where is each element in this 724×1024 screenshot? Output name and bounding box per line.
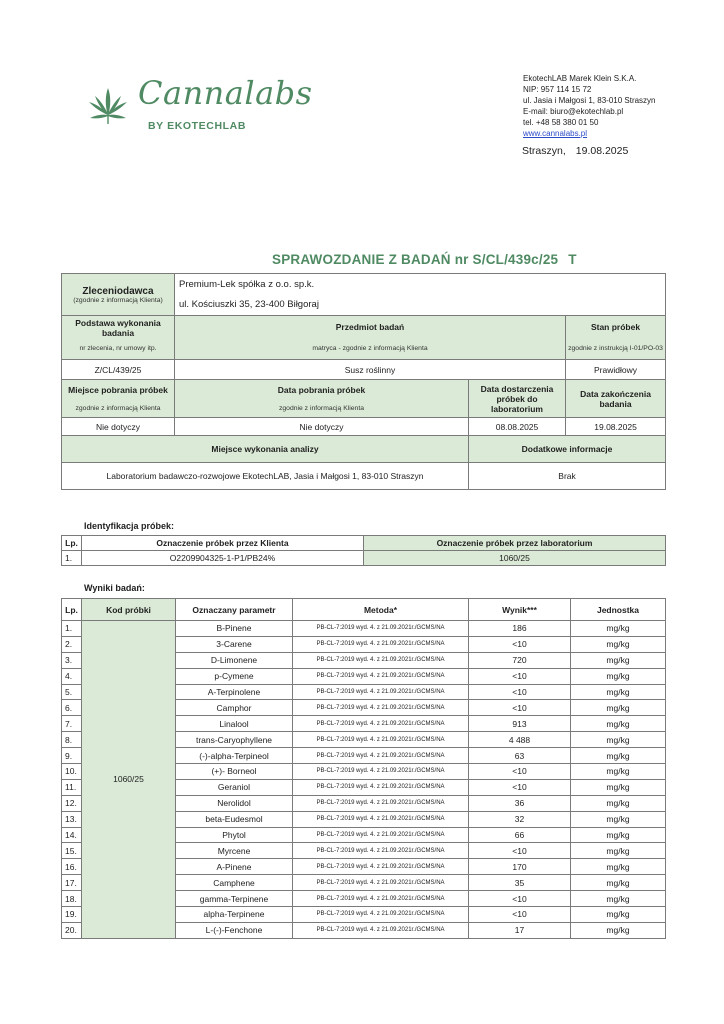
result-method: PB-CL-7:2019 wyd. 4. z 21.09.2021r./GCMS… [293,621,469,637]
result-parameter: B-Pinene [176,621,293,637]
result-value: <10 [469,684,571,700]
sampling-date-note: zgodnie z informacją Klienta [175,400,469,418]
result-method: PB-CL-7:2019 wyd. 4. z 21.09.2021r./GCMS… [293,764,469,780]
result-value: <10 [469,764,571,780]
result-value: <10 [469,779,571,795]
place: Straszyn, [522,145,566,157]
subject-label: Przedmiot badań [175,316,566,338]
result-value: 63 [469,748,571,764]
result-method: PB-CL-7:2019 wyd. 4. z 21.09.2021r./GCMS… [293,811,469,827]
result-method: PB-CL-7:2019 wyd. 4. z 21.09.2021r./GCMS… [293,843,469,859]
result-parameter: alpha-Terpinene [176,907,293,923]
subject-note: matryca - zgodnie z informacją Klienta [175,338,566,360]
result-unit: mg/kg [571,732,666,748]
company-name: EkotechLAB Marek Klein S.K.A. [523,73,656,84]
result-unit: mg/kg [571,827,666,843]
result-lp: 9. [62,748,82,764]
state-value: Prawidłowy [566,360,666,380]
results-header-unit: Jednostka [571,599,666,621]
extra-info-value: Brak [469,463,666,490]
result-parameter: Geraniol [176,779,293,795]
result-parameter: gamma-Terpinene [176,891,293,907]
result-parameter: D-Limonene [176,652,293,668]
result-lp: 12. [62,795,82,811]
result-parameter: A-Terpinolene [176,684,293,700]
result-unit: mg/kg [571,700,666,716]
company-phone: tel. +48 58 380 01 50 [523,117,656,128]
result-lp: 4. [62,668,82,684]
result-value: 36 [469,795,571,811]
result-unit: mg/kg [571,795,666,811]
date: 19.08.2025 [576,145,629,157]
result-method: PB-CL-7:2019 wyd. 4. z 21.09.2021r./GCMS… [293,716,469,732]
client-address: ul. Kościuszki 35, 23-400 Biłgoraj [175,295,666,316]
basis-label: Podstawa wykonania badania [62,316,175,338]
result-parameter: Myrcene [176,843,293,859]
ident-lab-id: 1060/25 [364,551,666,566]
result-unit: mg/kg [571,843,666,859]
result-unit: mg/kg [571,811,666,827]
result-method: PB-CL-7:2019 wyd. 4. z 21.09.2021r./GCMS… [293,700,469,716]
result-unit: mg/kg [571,716,666,732]
result-value: 66 [469,827,571,843]
sampling-date-label: Data pobrania próbek [175,380,469,400]
result-parameter: (+)- Borneol [176,764,293,780]
result-lp: 7. [62,716,82,732]
results-header-sample-code: Kod próbki [82,599,176,621]
sampling-date-value: Nie dotyczy [175,418,469,436]
result-unit: mg/kg [571,891,666,907]
result-value: 17 [469,922,571,938]
result-lp: 14. [62,827,82,843]
result-sample-code: 1060/25 [82,621,176,939]
result-value: 32 [469,811,571,827]
result-method: PB-CL-7:2019 wyd. 4. z 21.09.2021r./GCMS… [293,907,469,923]
result-lp: 19. [62,907,82,923]
client-note: (zgodnie z informacją Klienta) [64,297,172,304]
result-parameter: 3-Carene [176,636,293,652]
result-parameter: beta-Eudesmol [176,811,293,827]
result-value: <10 [469,843,571,859]
result-value: 913 [469,716,571,732]
client-name: Premium-Lek spółka z o.o. sp.k. [175,274,666,295]
result-unit: mg/kg [571,859,666,875]
result-value: <10 [469,907,571,923]
result-unit: mg/kg [571,875,666,891]
result-parameter: Camphor [176,700,293,716]
ident-row: 1.O2209904325-1-P1/PB24%1060/25 [62,551,666,566]
result-method: PB-CL-7:2019 wyd. 4. z 21.09.2021r./GCMS… [293,875,469,891]
company-info: EkotechLAB Marek Klein S.K.A. NIP: 957 1… [523,73,656,139]
result-method: PB-CL-7:2019 wyd. 4. z 21.09.2021r./GCMS… [293,684,469,700]
result-unit: mg/kg [571,748,666,764]
result-unit: mg/kg [571,636,666,652]
subject-value: Susz roślinny [175,360,566,380]
result-parameter: (-)-alpha-Terpineol [176,748,293,764]
result-parameter: Nerolidol [176,795,293,811]
report-title: SPRAWOZDANIE Z BADAŃ nr S/CL/439c/25T [272,252,577,267]
result-method: PB-CL-7:2019 wyd. 4. z 21.09.2021r./GCMS… [293,922,469,938]
company-website-link[interactable]: www.cannalabs.pl [523,129,587,138]
company-address: ul. Jasia i Małgosi 1, 83-010 Straszyn [523,95,656,106]
delivery-value: 08.08.2025 [469,418,566,436]
result-value: <10 [469,700,571,716]
delivery-label: Data dostarczenia próbek do laboratorium [469,380,566,418]
result-value: <10 [469,668,571,684]
result-lp: 16. [62,859,82,875]
state-note: zgodnie z instrukcją I-01/PO-03 [566,338,666,360]
cannalabs-logo: Cannalabs BY EKOTECHLAB [86,74,276,136]
result-unit: mg/kg [571,764,666,780]
basis-note: nr zlecenia, nr umowy itp. [62,338,175,360]
result-lp: 15. [62,843,82,859]
result-value: 35 [469,875,571,891]
end-value: 19.08.2025 [566,418,666,436]
result-lp: 2. [62,636,82,652]
client-label: Zleceniodawca [64,286,172,297]
result-method: PB-CL-7:2019 wyd. 4. z 21.09.2021r./GCMS… [293,636,469,652]
cannabis-leaf-icon [86,84,130,128]
result-parameter: p-Cymene [176,668,293,684]
results-table: Lp. Kod próbki Oznaczany parametr Metoda… [61,598,666,939]
basis-value: Z/CL/439/25 [62,360,175,380]
ident-header-client: Oznaczenie próbek przez Klienta [82,536,364,551]
result-value: 4 488 [469,732,571,748]
company-nip: NIP: 957 114 15 72 [523,84,656,95]
result-lp: 10. [62,764,82,780]
results-header-lp: Lp. [62,599,82,621]
result-parameter: trans-Caryophyllene [176,732,293,748]
results-header-result: Wynik*** [469,599,571,621]
result-lp: 1. [62,621,82,637]
extra-info-label: Dodatkowe informacje [469,436,666,463]
sampling-place-value: Nie dotyczy [62,418,175,436]
report-info-table: Zleceniodawca (zgodnie z informacją Klie… [61,273,666,490]
results-row: 1.1060/25B-PinenePB-CL-7:2019 wyd. 4. z … [62,621,666,637]
analysis-place-value: Laboratorium badawczo-rozwojowe EkotechL… [62,463,469,490]
result-lp: 5. [62,684,82,700]
sampling-place-label: Miejsce pobrania próbek [62,380,175,400]
ident-lp: 1. [62,551,82,566]
result-value: 720 [469,652,571,668]
report-title-suffix: T [568,252,576,267]
result-lp: 8. [62,732,82,748]
result-unit: mg/kg [571,922,666,938]
result-method: PB-CL-7:2019 wyd. 4. z 21.09.2021r./GCMS… [293,891,469,907]
result-method: PB-CL-7:2019 wyd. 4. z 21.09.2021r./GCMS… [293,748,469,764]
result-parameter: A-Pinene [176,859,293,875]
result-value: <10 [469,891,571,907]
result-lp: 17. [62,875,82,891]
ident-client-id: O2209904325-1-P1/PB24% [82,551,364,566]
state-label: Stan próbek [566,316,666,338]
result-lp: 18. [62,891,82,907]
result-method: PB-CL-7:2019 wyd. 4. z 21.09.2021r./GCMS… [293,668,469,684]
result-unit: mg/kg [571,907,666,923]
result-method: PB-CL-7:2019 wyd. 4. z 21.09.2021r./GCMS… [293,732,469,748]
result-value: <10 [469,636,571,652]
sampling-place-note: zgodnie z informacją Klienta [62,400,175,418]
result-parameter: Camphene [176,875,293,891]
results-header-parameter: Oznaczany parametr [176,599,293,621]
result-method: PB-CL-7:2019 wyd. 4. z 21.09.2021r./GCMS… [293,652,469,668]
client-label-cell: Zleceniodawca (zgodnie z informacją Klie… [62,274,175,316]
result-value: 170 [469,859,571,875]
identification-table: Lp. Oznaczenie próbek przez Klienta Ozna… [61,535,666,566]
ident-header-lab: Oznaczenie próbek przez laboratorium [364,536,666,551]
result-value: 186 [469,621,571,637]
result-lp: 13. [62,811,82,827]
result-parameter: Linalool [176,716,293,732]
result-parameter: L-(-)-Fenchone [176,922,293,938]
result-unit: mg/kg [571,668,666,684]
end-label: Data zakończenia badania [566,380,666,418]
result-unit: mg/kg [571,652,666,668]
result-method: PB-CL-7:2019 wyd. 4. z 21.09.2021r./GCMS… [293,795,469,811]
company-email: E-mail: biuro@ekotechlab.pl [523,106,656,117]
result-lp: 6. [62,700,82,716]
result-unit: mg/kg [571,621,666,637]
result-unit: mg/kg [571,684,666,700]
identification-title: Identyfikacja próbek: [84,521,174,531]
results-header-method: Metoda* [293,599,469,621]
result-method: PB-CL-7:2019 wyd. 4. z 21.09.2021r./GCMS… [293,827,469,843]
result-method: PB-CL-7:2019 wyd. 4. z 21.09.2021r./GCMS… [293,779,469,795]
ident-header-lp: Lp. [62,536,82,551]
results-title: Wyniki badań: [84,583,145,593]
result-parameter: Phytol [176,827,293,843]
place-date: Straszyn,19.08.2025 [522,145,628,157]
result-method: PB-CL-7:2019 wyd. 4. z 21.09.2021r./GCMS… [293,859,469,875]
report-title-text: SPRAWOZDANIE Z BADAŃ nr S/CL/439c/25 [272,252,558,267]
result-lp: 3. [62,652,82,668]
result-unit: mg/kg [571,779,666,795]
logo-subtitle: BY EKOTECHLAB [148,120,246,132]
logo-brand-text: Cannalabs [138,74,313,112]
analysis-place-label: Miejsce wykonania analizy [62,436,469,463]
result-lp: 11. [62,779,82,795]
result-lp: 20. [62,922,82,938]
